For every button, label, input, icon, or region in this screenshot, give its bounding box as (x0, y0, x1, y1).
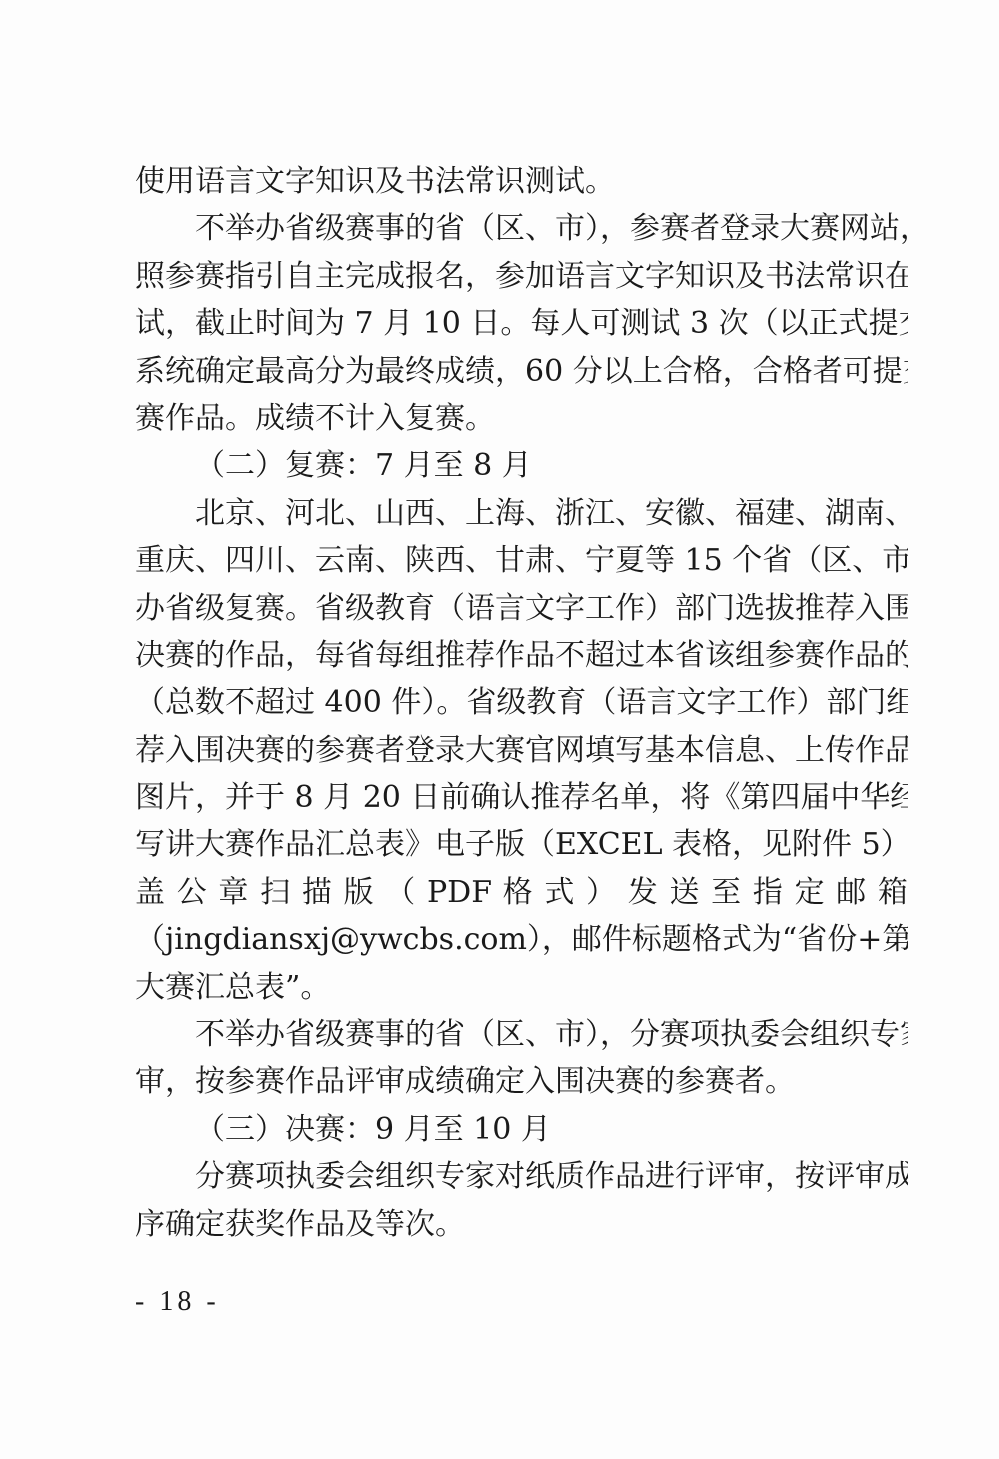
text-line: 决赛的作品，每省每组推荐作品不超过本省该组参赛作品的 10% (135, 632, 908, 679)
text-line: 使用语言文字知识及书法常识测试。 (135, 158, 908, 205)
text-line: 北京、河北、山西、上海、浙江、安徽、福建、湖南、广东、 (135, 490, 908, 537)
email-address-line: （jingdiansxj@ywcbs.com），邮件标题格式为“省份+第四届书写 (135, 916, 908, 963)
text-line: 赛作品。成绩不计入复赛。 (135, 395, 908, 442)
text-line: 荐入围决赛的参赛者登录大赛官网填写基本信息、上传作品电子 (135, 727, 908, 774)
text-line: 照参赛指引自主完成报名，参加语言文字知识及书法常识在线测 (135, 253, 908, 300)
text-line: 盖 公 章 扫 描 版 （ PDF 格 式 ） 发 送 至 指 定 邮 箱 (135, 869, 908, 916)
text-line: 写讲大赛作品汇总表》电子版（EXCEL 表格，见附件 5）及加 (135, 821, 908, 868)
section-heading-final: （三）决赛：9 月至 10 月 (135, 1106, 908, 1153)
text-line: 大赛汇总表”。 (135, 964, 908, 1011)
text-line: 办省级复赛。省级教育（语言文字工作）部门选拔推荐入围全国 (135, 585, 908, 632)
text-line: 图片，并于 8 月 20 日前确认推荐名单，将《第四届中华经典诵 (135, 774, 908, 821)
text-line: 试，截止时间为 7 月 10 日。每人可测试 3 次（以正式提交为准）， (135, 300, 908, 347)
section-heading-semifinal: （二）复赛：7 月至 8 月 (135, 442, 908, 489)
text-line: 不举办省级赛事的省（区、市），参赛者登录大赛网站，按 (135, 205, 908, 252)
text-line: 不举办省级赛事的省（区、市），分赛项执委会组织专家评 (135, 1011, 908, 1058)
text-line: 分赛项执委会组织专家对纸质作品进行评审，按评审成绩排 (135, 1153, 908, 1200)
text-line: 系统确定最高分为最终成绩，60 分以上合格，合格者可提交参 (135, 348, 908, 395)
document-body: 使用语言文字知识及书法常识测试。 不举办省级赛事的省（区、市），参赛者登录大赛网… (135, 158, 908, 1248)
page-number: - 18 - (135, 1286, 220, 1318)
text-line: 审，按参赛作品评审成绩确定入围决赛的参赛者。 (135, 1058, 908, 1105)
text-line: 序确定获奖作品及等次。 (135, 1201, 908, 1248)
document-page: 使用语言文字知识及书法常识测试。 不举办省级赛事的省（区、市），参赛者登录大赛网… (0, 0, 999, 1459)
text-line: （总数不超过 400 件）。省级教育（语言文字工作）部门组织推 (135, 679, 908, 726)
text-line: 重庆、四川、云南、陕西、甘肃、宁夏等 15 个省（区、市）举 (135, 537, 908, 584)
